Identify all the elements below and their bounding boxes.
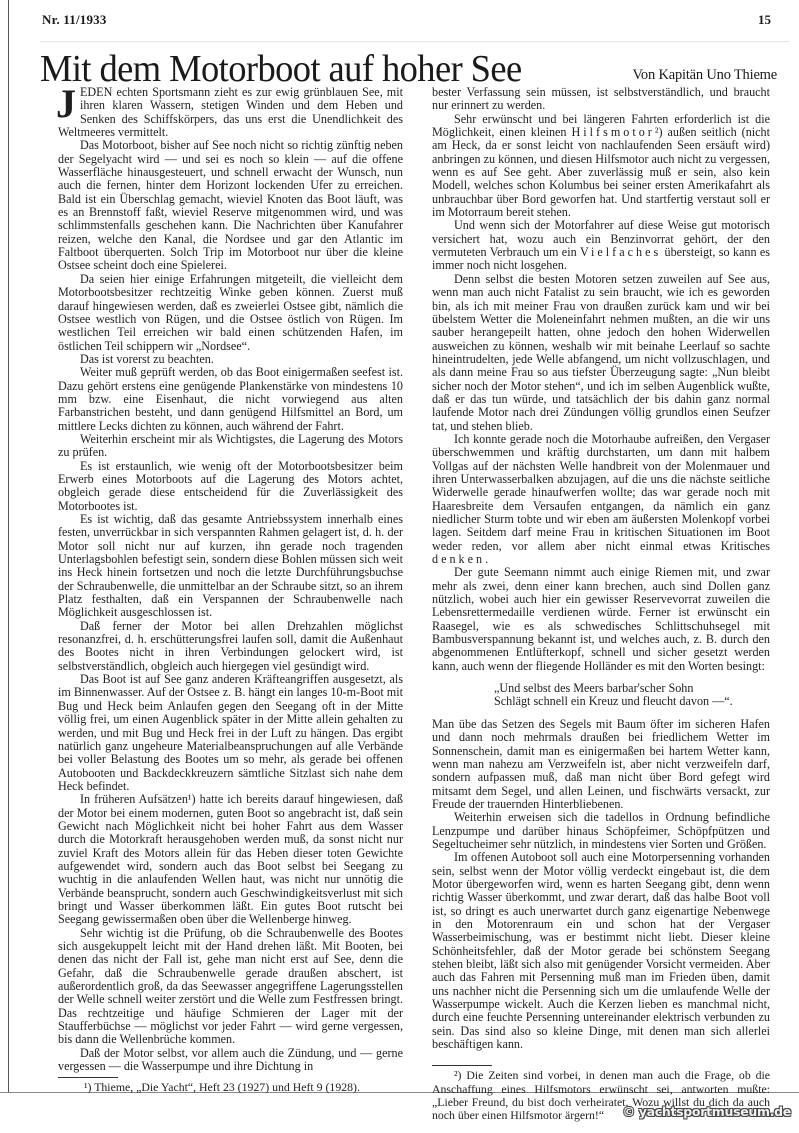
- paragraph: Denn selbst die besten Motoren setzen zu…: [432, 273, 770, 433]
- paragraph: Das Motorboot, bisher auf See noch nicht…: [58, 139, 403, 272]
- paragraph: Es ist erstaunlich, wie wenig oft der Mo…: [58, 460, 403, 513]
- verse-quote: „Und selbst des Meers barbar'scher Sohn …: [494, 682, 770, 709]
- article-byline: Von Kapitän Uno Thieme: [633, 67, 777, 84]
- paragraph: Weiterhin erweisen sich die tadellos in …: [432, 811, 770, 851]
- emphasis-spaced: Hilfsmotor: [572, 125, 655, 139]
- paragraph: In früheren Aufsätzen¹) hatte ich bereit…: [58, 793, 403, 926]
- paragraph: Der gute Seemann nimmt auch einige Rieme…: [432, 566, 770, 673]
- verse-line: Schlägt schnell ein Kreuz und fleucht da…: [494, 695, 770, 708]
- page-header: Nr. 11/1933 15: [42, 12, 771, 32]
- emphasis-spaced: denken: [432, 552, 485, 566]
- paragraph: Es ist wichtig, daß das gesamte Antriebs…: [58, 513, 403, 620]
- right-column: bester Verfassung sein müssen, ist selbs…: [432, 86, 770, 1122]
- paragraph: Man übe das Setzen des Segels mit Baum ö…: [432, 718, 770, 811]
- page-left-border: [8, 0, 9, 1093]
- paragraph: Sehr erwünscht und bei längeren Fahrten …: [432, 113, 770, 220]
- paragraph: Das Boot ist auf See ganz anderen Kräfte…: [58, 673, 403, 793]
- paragraph: bester Verfassung sein müssen, ist selbs…: [432, 86, 770, 113]
- issue-number: Nr. 11/1933: [42, 12, 107, 28]
- left-column: JEDEN echten Sportsmann zieht es zur ewi…: [58, 86, 403, 1095]
- footnote-divider: [432, 1065, 492, 1066]
- paragraph: JEDEN echten Sportsmann zieht es zur ewi…: [58, 86, 403, 139]
- paragraph: Und wenn sich der Motorfahrer auf diese …: [432, 219, 770, 272]
- paragraph: Daß der Motor selbst, vor allem auch die…: [58, 1047, 403, 1074]
- copyright-watermark: © yachtsportmuseum.de: [623, 1104, 791, 1119]
- article-heading: Mit dem Motorboot auf hoher See Von Kapi…: [40, 48, 779, 90]
- article-title: Mit dem Motorboot auf hoher See: [40, 48, 522, 90]
- paragraph: Ich konnte gerade noch die Motorhaube au…: [432, 433, 770, 566]
- drop-cap: J: [56, 88, 76, 120]
- paragraph: Weiterhin erscheint mir als Wichtigstes,…: [58, 433, 403, 460]
- page-number: 15: [758, 12, 771, 28]
- footnote-divider: [58, 1077, 118, 1078]
- paragraph: Sehr wichtig ist die Prüfung, ob die Sch…: [58, 927, 403, 1047]
- verse-line: „Und selbst des Meers barbar'scher Sohn: [494, 682, 770, 695]
- emphasis-spaced: Vielfaches: [580, 245, 661, 259]
- paragraph: Daß ferner der Motor bei allen Drehzahle…: [58, 620, 403, 673]
- paragraph: Im offenen Autoboot soll auch eine Motor…: [432, 851, 770, 1051]
- header-divider: [40, 41, 789, 42]
- paragraph: Das ist vorerst zu beachten.: [58, 353, 403, 366]
- paragraph: Weiter muß geprüft werden, ob das Boot e…: [58, 366, 403, 433]
- paragraph: Da seien hier einige Erfahrungen mitgete…: [58, 273, 403, 353]
- footnote-1: ¹) Thieme, „Die Yacht“, Heft 23 (1927) u…: [58, 1081, 403, 1094]
